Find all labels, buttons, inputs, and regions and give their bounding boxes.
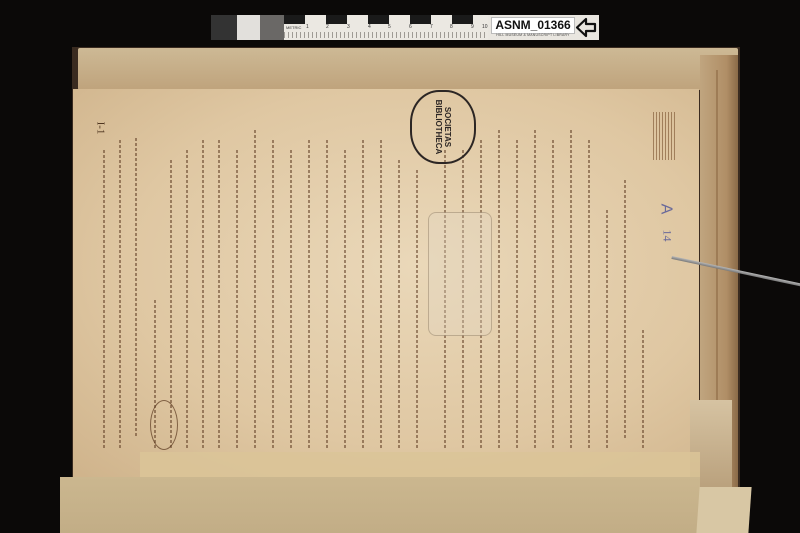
pencil-mark-letter: A — [656, 204, 674, 215]
catalog-id: ASNM_01366 — [491, 17, 575, 34]
ruler-number: 6 — [409, 24, 412, 30]
ruler-number: 9 — [471, 24, 474, 30]
ruler-number: 1 — [306, 24, 309, 30]
ink-flourish — [150, 400, 178, 450]
ruler-number: 3 — [347, 24, 350, 30]
color-scale-card: METRIC 1 2 3 4 5 6 7 8 9 10 ASNM_01366 H… — [211, 15, 599, 40]
folio-number: I-1 — [94, 122, 106, 135]
library-stamp: SOCIETAS BIBLIOTHECA — [410, 90, 476, 164]
ruler-number: 5 — [388, 24, 391, 30]
tape-patch — [428, 212, 492, 336]
ruler-number: 8 — [450, 24, 453, 30]
ruler-number: 10 — [482, 24, 488, 30]
swatch-gray — [260, 15, 284, 40]
stained-strip — [140, 452, 700, 480]
swatch-white — [237, 15, 260, 40]
lower-flyleaf — [60, 477, 700, 533]
left-arrow-icon — [575, 17, 597, 38]
corner-flap — [696, 487, 751, 533]
metric-ruler: METRIC 1 2 3 4 5 6 7 8 9 10 — [284, 15, 488, 40]
board-top-edge — [78, 48, 738, 90]
ruler-number: 2 — [326, 24, 329, 30]
ruler-number: 7 — [430, 24, 433, 30]
margin-scribble — [653, 112, 675, 160]
swatch-dark — [211, 15, 237, 40]
ruler-number: 4 — [368, 24, 371, 30]
pencil-mark-number: 14 — [660, 230, 675, 242]
library-label: HILL MUSEUM & MANUSCRIPT LIBRARY — [491, 33, 575, 37]
metric-label: METRIC — [286, 25, 301, 30]
